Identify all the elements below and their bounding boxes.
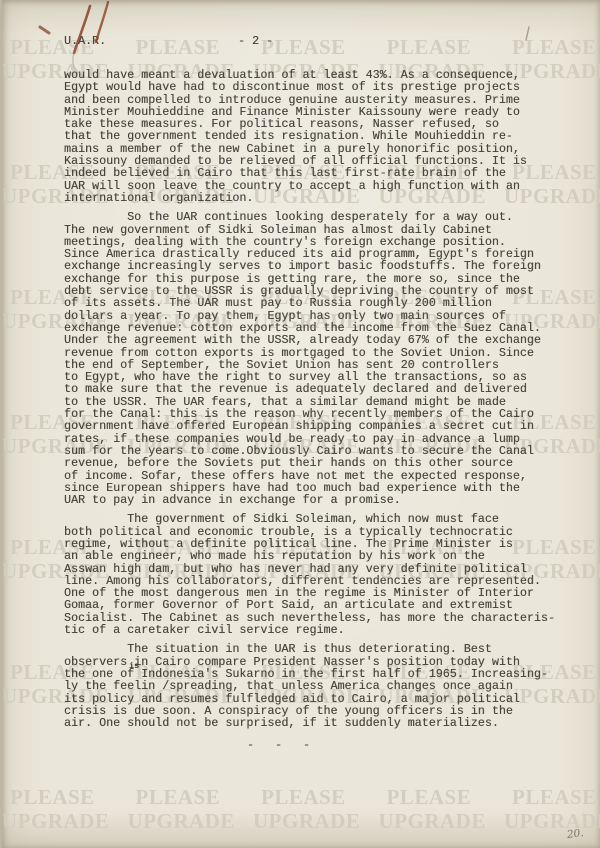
page-number: - 2 - <box>238 35 273 47</box>
document-body: would have meant a devaluation of at lea… <box>64 69 555 736</box>
paragraph: would have meant a devaluation of at lea… <box>64 69 555 204</box>
paragraph: The government of Sidki Soleiman, which … <box>64 513 555 636</box>
end-of-text-dashes: - - - <box>247 739 317 751</box>
handwritten-page-note: 20. <box>566 827 584 841</box>
paragraph: The situation in the UAR is thus deterio… <box>64 643 555 729</box>
typed-text-layer: U.A.R. - 2 - would have meant a devaluat… <box>2 0 600 848</box>
scanned-document-page: PLEASEUPGRADEPLEASEUPGRADEPLEASEUPGRADEP… <box>0 0 600 848</box>
doc-reference: U.A.R. <box>64 35 106 47</box>
typed-insertion-note: is <box>129 661 139 671</box>
paragraph: So the UAR continues looking desperately… <box>64 211 555 506</box>
